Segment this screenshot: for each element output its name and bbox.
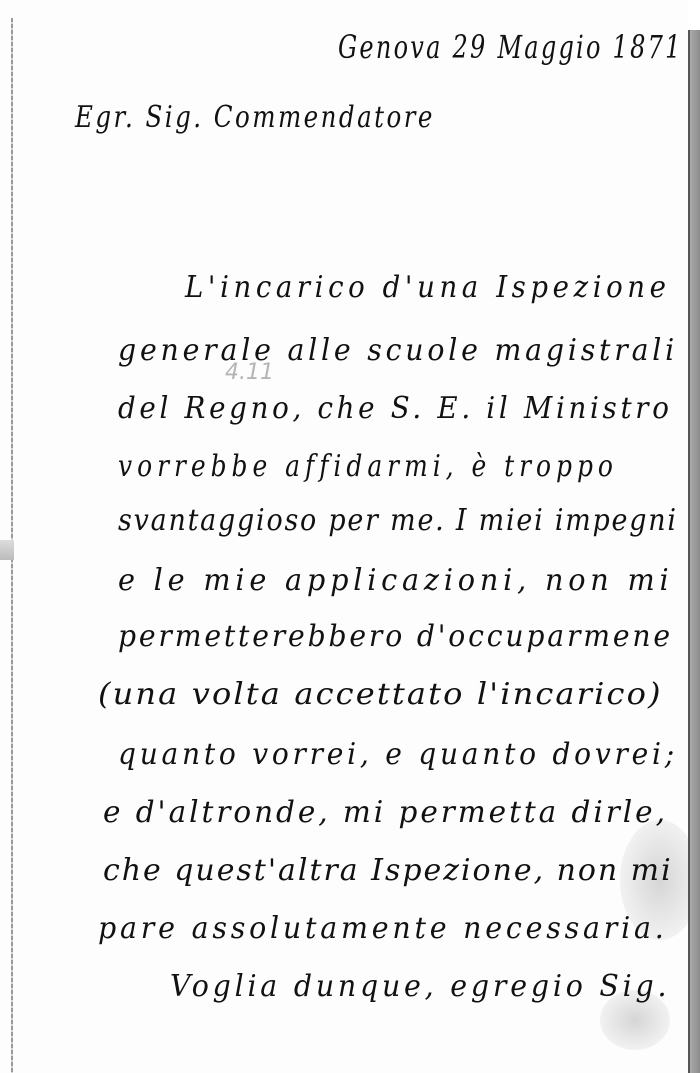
letter-page: 4.11 Genova 29 Maggio 1871 Egr. Sig. Com… [0, 0, 688, 1073]
letter-line-11: che quest'altra Ispezione, non mi [103, 853, 673, 888]
page-fold-mark [0, 540, 14, 560]
letter-line-1: L'incarico d'una Ispezione [185, 270, 671, 305]
letter-line-4: vorrebbe affidarmi, è troppo [118, 449, 618, 484]
letter-line-13: Voglia dunque, egregio Sig. [170, 969, 670, 1004]
letter-line-6: e le mie applicazioni, non mi [118, 563, 673, 598]
letter-line-12: pare assolutamente necessaria. [98, 911, 668, 946]
letter-line-3: del Regno, che S. E. il Ministro [118, 391, 673, 426]
letter-line-9: quanto vorrei, e quanto dovrei; [118, 737, 678, 772]
salutation: Egr. Sig. Commendatore [75, 100, 435, 135]
letter-line-5: svantaggioso per me. I miei impegni [118, 503, 678, 538]
letter-line-10: e d'altronde, mi permetta dirle, [103, 795, 668, 830]
letter-line-2: generale alle scuole magistrali [118, 333, 678, 368]
letter-line-7: permetterebbero d'occuparmene [118, 619, 673, 654]
page-right-edge [688, 30, 700, 1073]
letter-line-8: (una volta accettato l'incarico) [98, 677, 663, 712]
place-date: Genova 29 Maggio 1871 [338, 28, 683, 66]
